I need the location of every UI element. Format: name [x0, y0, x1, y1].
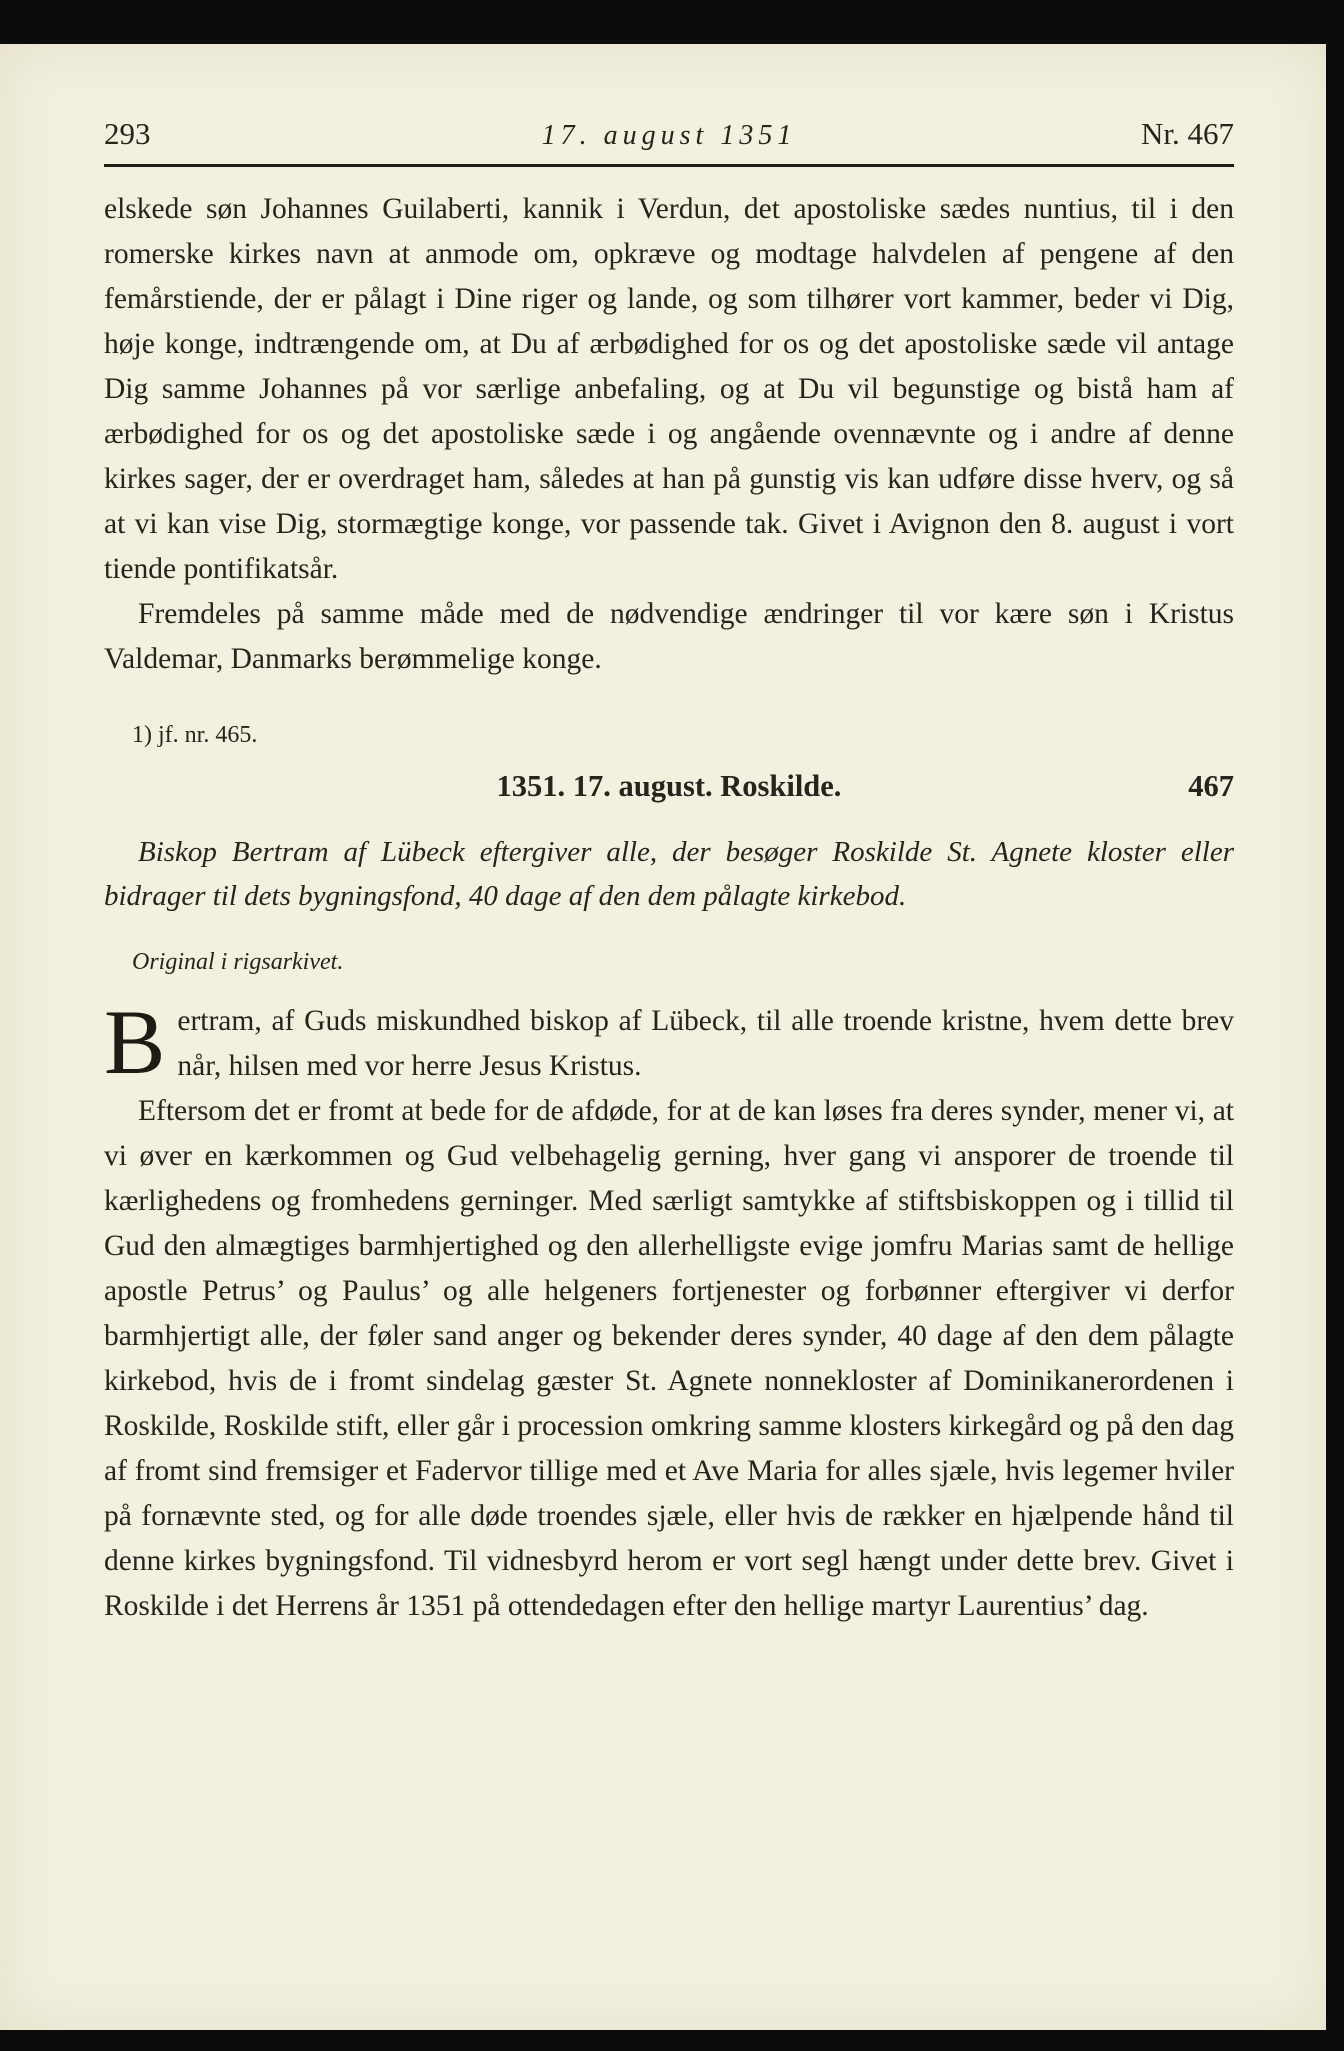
entry-467-summary: Biskop Bertram af Lübeck eftergiver alle… — [104, 830, 1234, 918]
entry-467-heading-row: 1351. 17. august. Roskilde. 467 — [104, 766, 1234, 806]
entry-467-document-body: Bertram, af Guds miskundhed biskop af Lü… — [104, 999, 1234, 1629]
page-number: 293 — [104, 116, 304, 152]
entry-466-footnote: 1) jf. nr. 465. — [104, 720, 1234, 750]
entry-467-opening-text: ertram, af Guds miskundhed biskop af Lüb… — [177, 1005, 1234, 1082]
running-title-date: 17. august 1351 — [304, 120, 1034, 152]
header-document-number: Nr. 467 — [1034, 116, 1234, 152]
entry-467-source-note: Original i rigsarkivet. — [104, 947, 1234, 977]
drop-cap-initial: B — [104, 999, 177, 1079]
page-content: 293 17. august 1351 Nr. 467 elskede søn … — [0, 116, 1326, 1629]
entry-467-heading: 1351. 17. august. Roskilde. — [497, 769, 842, 803]
entry-466-continuation-paragraph: elskede søn Johannes Guilaberti, kannik … — [104, 187, 1234, 592]
entry-467-main-paragraph: Eftersom det er fromt at bede for de afd… — [104, 1089, 1234, 1629]
entry-467-opening-paragraph: Bertram, af Guds miskundhed biskop af Lü… — [104, 999, 1234, 1089]
scanned-book-page: 293 17. august 1351 Nr. 467 elskede søn … — [0, 44, 1326, 2030]
entry-466-second-paragraph: Fremdeles på samme måde med de nødvendig… — [104, 592, 1234, 682]
running-header: 293 17. august 1351 Nr. 467 — [104, 116, 1234, 167]
entry-467-number: 467 — [1188, 766, 1234, 806]
